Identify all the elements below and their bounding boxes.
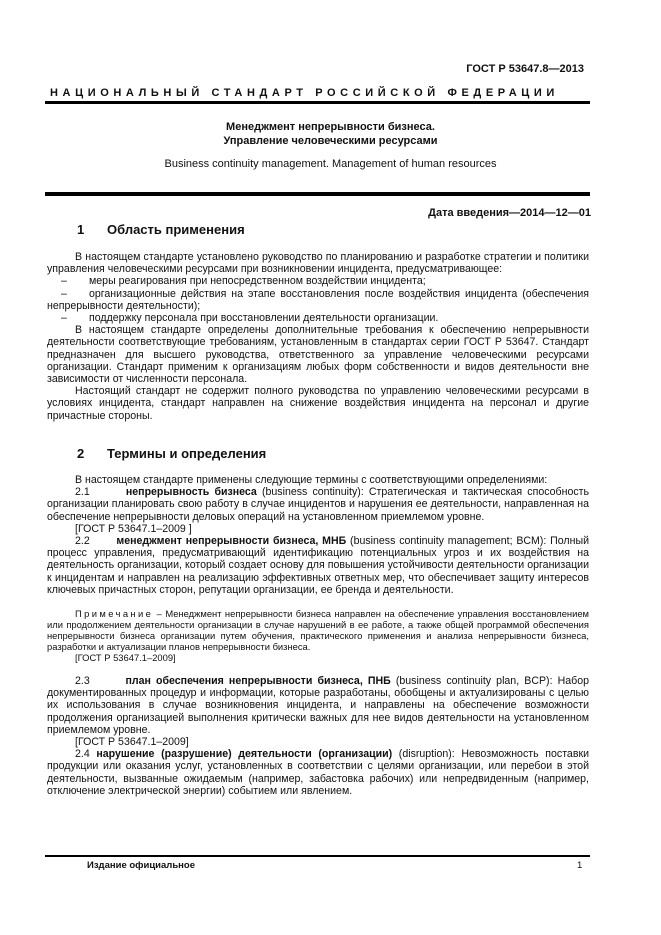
note: Примечание – Менеджмент непрерывности би…	[47, 608, 589, 652]
term: менеджмент непрерывности бизнеса, МНБ	[116, 535, 346, 547]
list-item: –организационные действия на этапе восст…	[47, 288, 589, 312]
term: непрерывность бизнеса	[126, 486, 257, 498]
section-1-heading: 1Область применения	[77, 222, 245, 237]
section-title: Термины и определения	[107, 446, 266, 461]
title-ru-line1: Менеджмент непрерывности бизнеса.	[0, 120, 661, 134]
paragraph: В настоящем стандарте применены следующи…	[47, 474, 589, 486]
paragraph: Настоящий стандарт не содержит полного р…	[47, 385, 589, 422]
reference: [ГОСТ Р 53647.1–2009 ]	[47, 523, 589, 535]
term-definition: 2.3 план обеспечения непрерывности бизне…	[47, 675, 589, 736]
term-definition: 2.1 непрерывность бизнеса (business cont…	[47, 486, 589, 523]
title-rule	[45, 192, 590, 196]
section-title: Область применения	[107, 222, 245, 237]
paragraph: В настоящем стандарте установлено руково…	[47, 251, 589, 275]
paragraph: В настоящем стандарте определены дополни…	[47, 324, 589, 385]
list-item: –поддержку персонала при восстановлении …	[47, 312, 589, 324]
list-item: –меры реагирования при непосредственном …	[47, 275, 589, 287]
section-2-heading: 2Термины и определения	[77, 446, 266, 461]
note-label: Примечание	[75, 608, 153, 619]
section-1-body: В настоящем стандарте установлено руково…	[47, 251, 589, 422]
term-definition: 2.2 менеджмент непрерывности бизнеса, МН…	[47, 535, 589, 596]
document-title-en: Business continuity management. Manageme…	[0, 158, 661, 170]
section-number: 2	[77, 446, 107, 461]
term-definition: 2.4 нарушение (разрушение) деятельности …	[47, 748, 589, 797]
term: нарушение (разрушение) деятельности (орг…	[96, 748, 392, 760]
reference: [ГОСТ Р 53647.1–2009]	[47, 736, 589, 748]
national-standard-heading: НАЦИОНАЛЬНЫЙ СТАНДАРТ РОССИЙСКОЙ ФЕДЕРАЦ…	[50, 87, 590, 99]
title-ru-line2: Управление человеческими ресурсами	[0, 134, 661, 148]
reference: [ГОСТ Р 53647.1–2009]	[47, 652, 589, 663]
term: план обеспечения непрерывности бизнеса, …	[125, 675, 390, 687]
document-code: ГОСТ Р 53647.8—2013	[466, 63, 584, 75]
section-number: 1	[77, 222, 107, 237]
header-rule	[45, 101, 590, 104]
section-2-body: В настоящем стандарте применены следующи…	[47, 474, 589, 797]
introduction-date: Дата введения—2014—12—01	[428, 207, 591, 219]
footer-rule	[45, 855, 590, 857]
document-title-ru: Менеджмент непрерывности бизнеса. Управл…	[0, 120, 661, 148]
page-number: 1	[577, 860, 582, 871]
edition-label: Издание официальное	[87, 860, 195, 871]
